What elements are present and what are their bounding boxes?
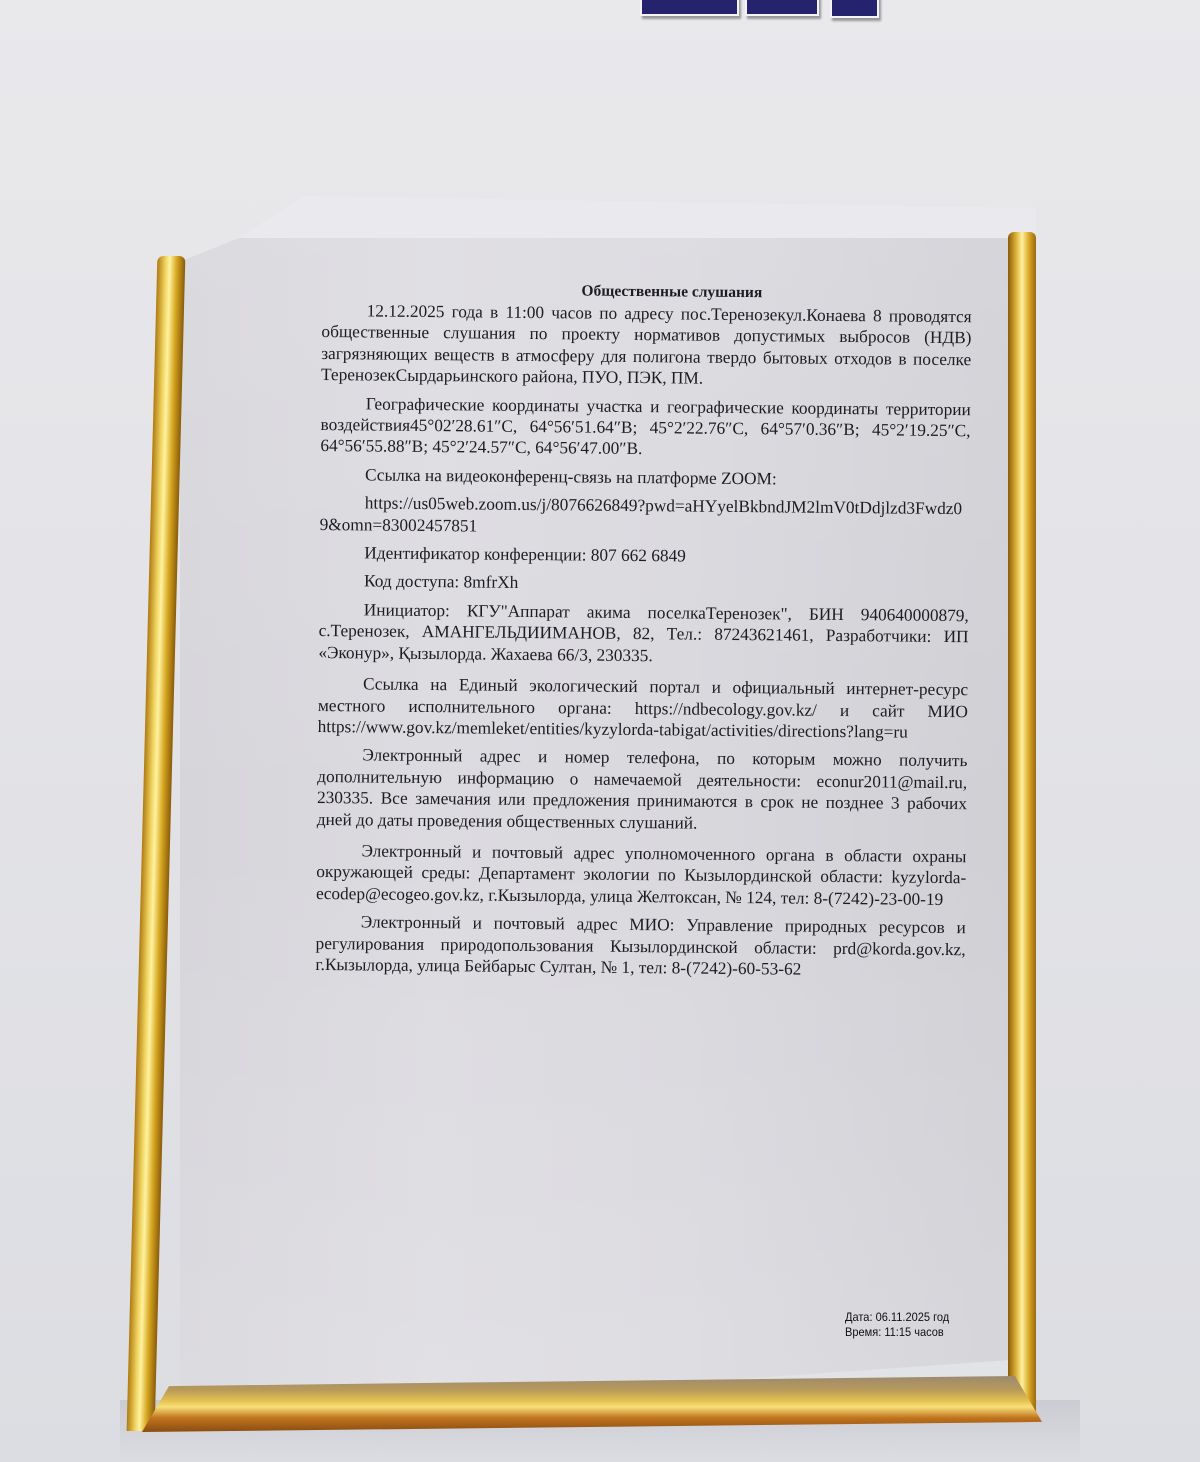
notice-document: Общественные слушания 12.12.2025 года в … xyxy=(315,278,972,982)
paragraph-portal-links: Ссылка на Единый экологический портал и … xyxy=(318,673,969,743)
paragraph-mio-address: Электронный и почтовый адрес МИО: Управл… xyxy=(315,911,966,981)
paragraph-contact-info: Электронный адрес и номер телефона, по к… xyxy=(317,744,968,836)
gold-frame-right-rail xyxy=(1008,232,1036,1417)
paragraph-announcement: 12.12.2025 года в 11:00 часов по адресу … xyxy=(321,300,972,392)
wall-logo-fragment xyxy=(640,0,870,16)
paragraph-coordinates: Географические координаты участка и геог… xyxy=(320,393,971,463)
logo-letter-segment xyxy=(830,0,879,18)
logo-letter-segment xyxy=(640,0,739,16)
conference-id: Идентификатор конференции: 807 662 6849 xyxy=(319,542,969,570)
timestamp-time: Время: 11:15 часов xyxy=(845,1325,949,1340)
paragraph-initiator: Инициатор: КГУ"Аппарат акима поселкаТере… xyxy=(318,599,969,669)
timestamp-date: Дата: 06.11.2025 год xyxy=(845,1310,949,1325)
gold-frame-left-rail xyxy=(127,256,186,1431)
logo-letter-segment xyxy=(745,0,819,16)
paragraph-ecology-department: Электронный и почтовый адрес уполномочен… xyxy=(316,840,967,910)
access-code: Код доступа: 8mfrXh xyxy=(319,570,969,598)
photo-timestamp: Дата: 06.11.2025 год Время: 11:15 часов xyxy=(845,1310,949,1340)
zoom-link[interactable]: https://us05web.zoom.us/j/8076626849?pwd… xyxy=(320,492,970,541)
paragraph-zoom-label: Ссылка на видеоконференц-связь на платфо… xyxy=(320,464,970,492)
